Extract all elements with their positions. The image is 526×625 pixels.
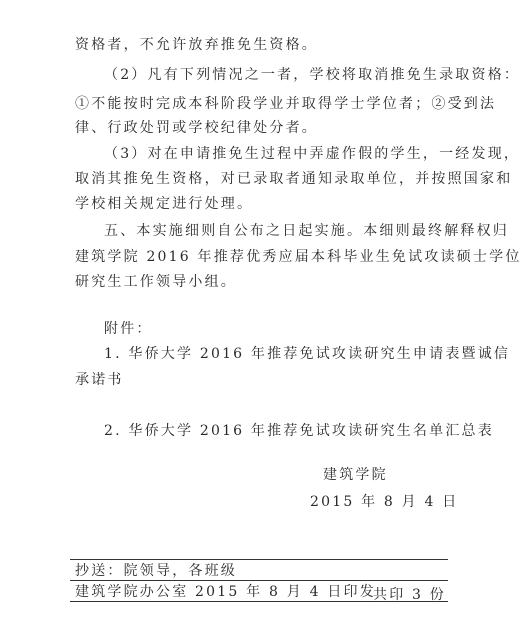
body-line: 五、本实施细则自公布之日起实施。本细则最终解释权归 <box>104 223 509 239</box>
body-line: （2）凡有下列情况之一者，学校将取消推免生录取资格： <box>104 67 520 83</box>
body-line: 资格者，不允许放弃推免生资格。 <box>75 37 318 53</box>
body-line: ①不能按时完成本科阶段学业并取得学士学位者；②受到法 <box>75 96 496 112</box>
body-line: 学校相关规定进行处理。 <box>75 196 253 212</box>
footer-rule-middle <box>70 580 448 581</box>
attachment-item: 1. 华侨大学 2016 年推荐免试攻读研究生申请表暨诚信 <box>104 346 510 362</box>
signature-org: 建筑学院 <box>323 464 388 484</box>
body-line: 取消其推免生资格，对已录取者通知录取单位，并按照国家和 <box>75 171 512 187</box>
body-line: （3）对在申请推免生过程中弄虚作假的学生，一经发现， <box>104 146 520 162</box>
footer-rule-bottom <box>70 601 448 602</box>
body-line: 建筑学院 2016 年推荐优秀应届本科毕业生免试攻读硕士学位 <box>75 249 522 265</box>
signature-date: 2015 年 8 月 4 日 <box>310 491 459 511</box>
attachment-item: 2. 华侨大学 2016 年推荐免试攻读研究生名单汇总表 <box>104 423 494 439</box>
attachments-label: 附件： <box>104 321 153 337</box>
body-line: 律、行政处罚或学校纪律处分者。 <box>75 120 318 136</box>
footer-rule-top <box>70 559 448 560</box>
footer-issued: 建筑学院办公室 2015 年 8 月 4 日印发 <box>75 584 376 600</box>
footer-cc: 抄送：院领导，各班级 <box>75 563 237 579</box>
attachment-item-cont: 承诺书 <box>75 372 124 388</box>
body-line: 研究生工作领导小组。 <box>75 274 237 290</box>
